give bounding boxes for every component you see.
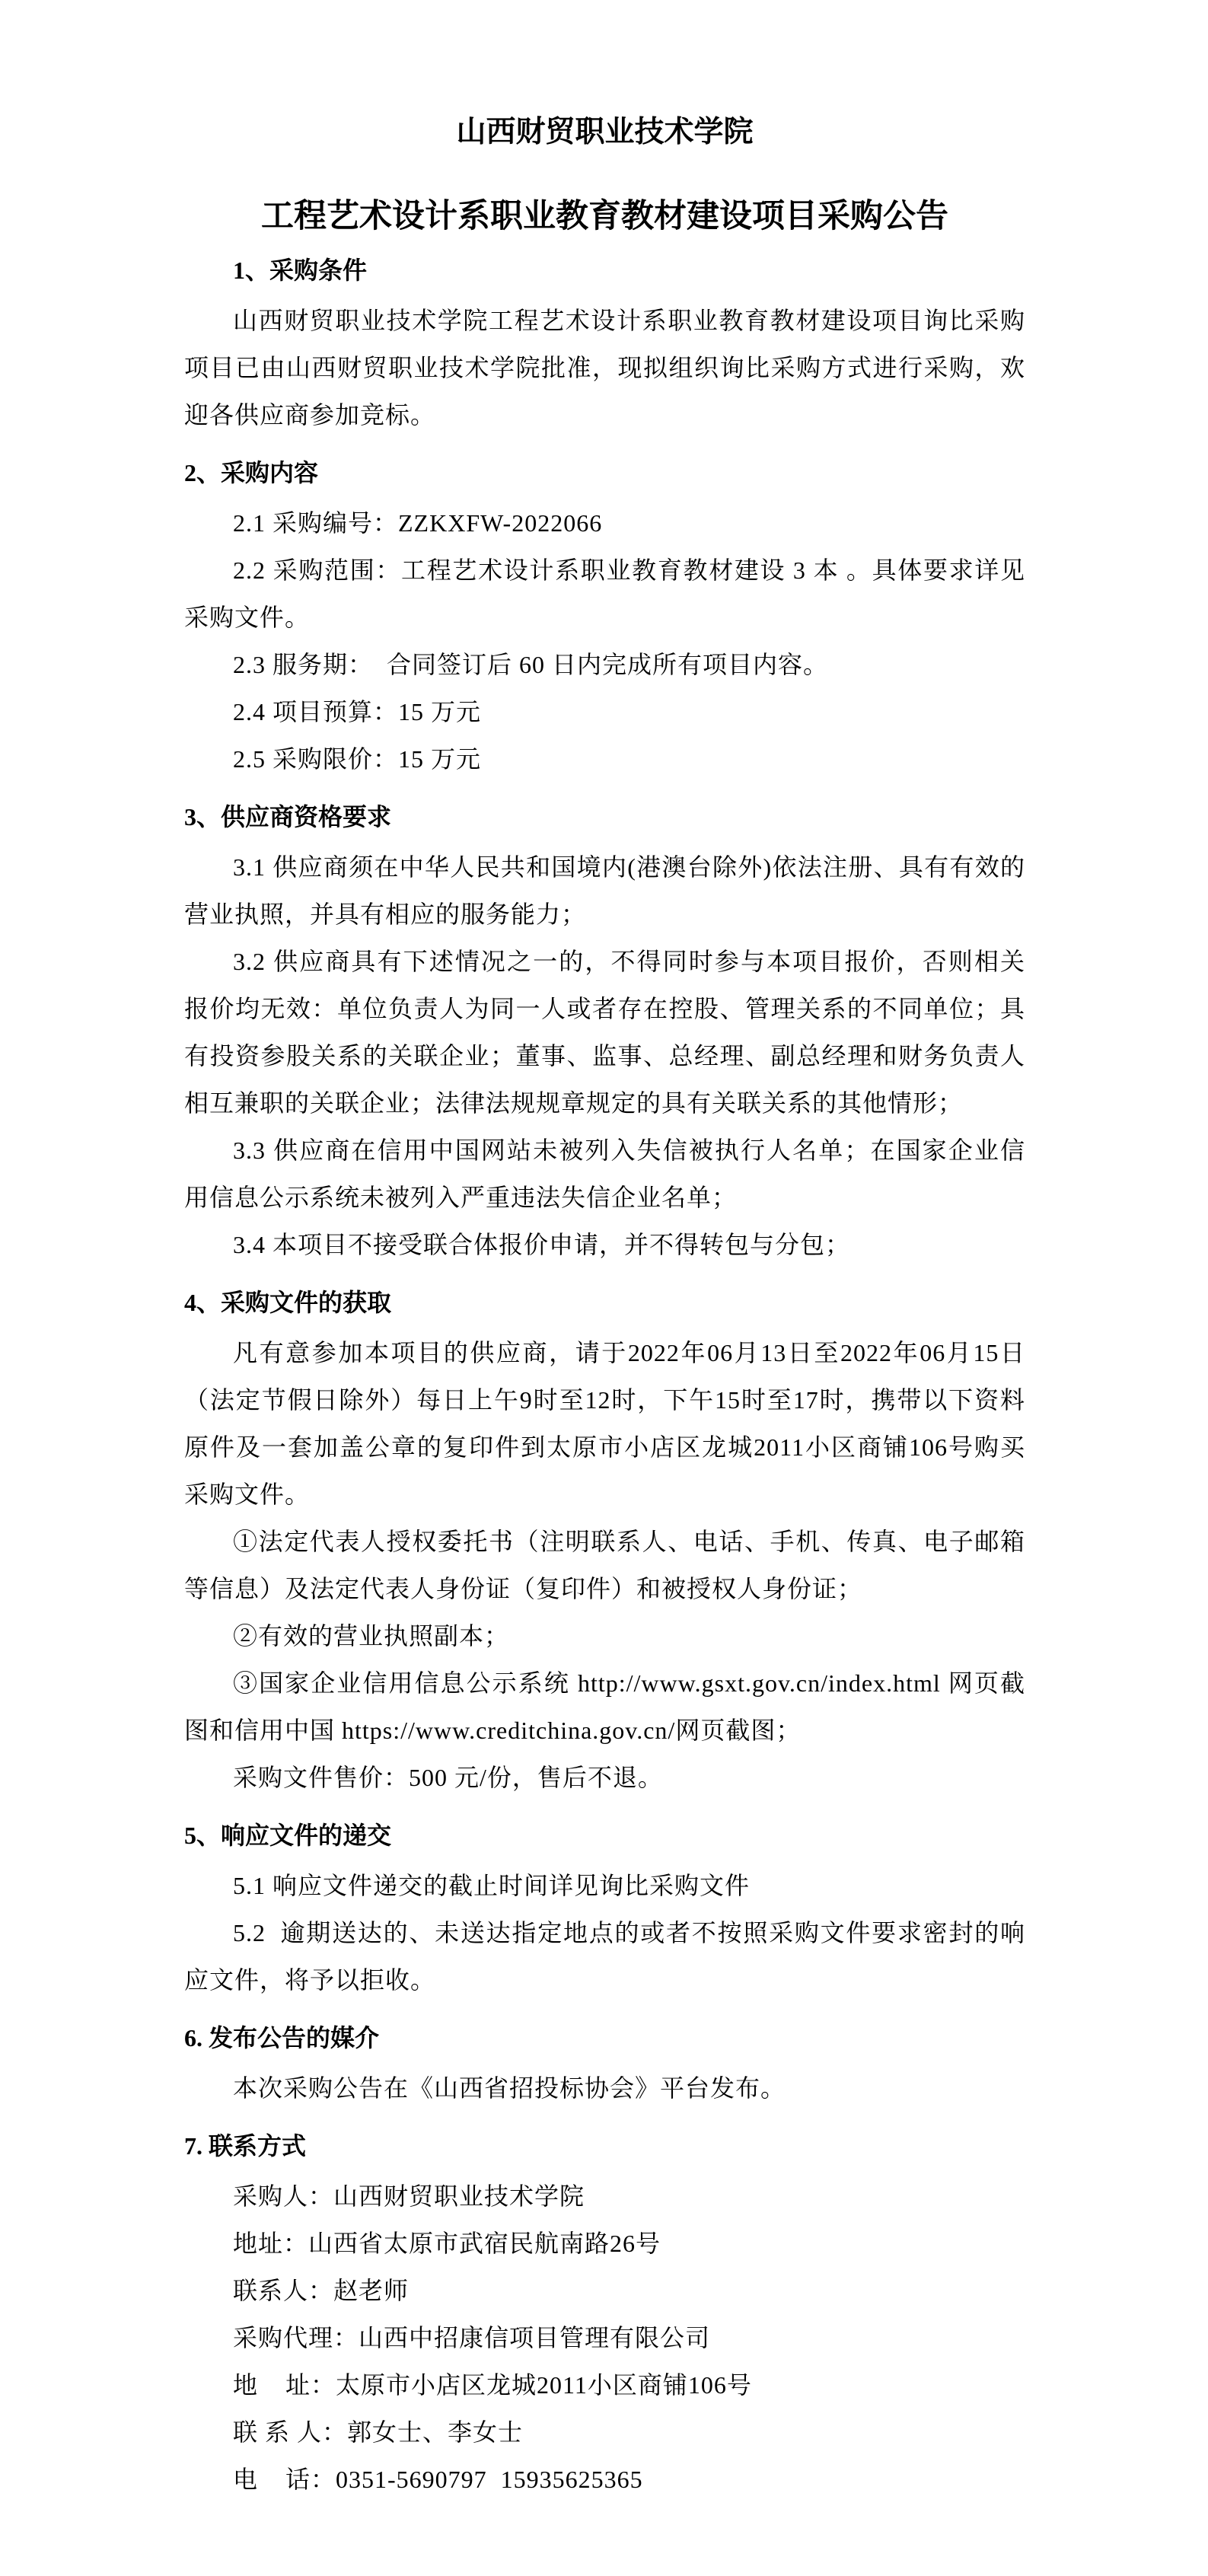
paragraph: 5.2 逾期送达的、未送达指定地点的或者不按照采购文件要求密封的响应文件，将予以… [184,1909,1025,2004]
section-response-submission: 5、响应文件的递交 5.1 响应文件递交的截止时间详见询比采购文件 5.2 逾期… [184,1812,1025,2004]
paragraph: 3.4 本项目不接受联合体报价申请，并不得转包与分包； [184,1221,1025,1268]
section-heading: 7. 联系方式 [184,2122,1025,2170]
section-heading: 1、采购条件 [184,247,1025,294]
paragraph: 本次采购公告在《山西省招投标协会》平台发布。 [184,2064,1025,2112]
paragraph: ②有效的营业执照副本； [184,1612,1025,1659]
paragraph: 山西财贸职业技术学院工程艺术设计系职业教育教材建设项目询比采购项目已由山西财贸职… [184,297,1025,438]
paragraph: 2.3 服务期： 合同签订后 60 日内完成所有项目内容。 [184,641,1025,688]
paragraph: 2.4 项目预算：15 万元 [184,688,1025,735]
section-announcement-media: 6. 发布公告的媒介 本次采购公告在《山西省招投标协会》平台发布。 [184,2014,1025,2112]
document-page: 山西财贸职业技术学院 工程艺术设计系职业教育教材建设项目采购公告 1、采购条件 … [0,0,1208,2576]
contact-purchaser-address: 地址：山西省太原市武宿民航南路26号 [184,2220,1025,2267]
section-supplier-qualifications: 3、供应商资格要求 3.1 供应商须在中华人民共和国境内(港澳台除外)依法注册、… [184,793,1025,1268]
contact-agent-address: 地 址：太原市小店区龙城2011小区商铺106号 [184,2361,1025,2409]
section-heading: 6. 发布公告的媒介 [184,2014,1025,2061]
section-heading: 3、供应商资格要求 [184,793,1025,840]
page-title: 山西财贸职业技术学院 [184,114,1025,151]
page-subtitle: 工程艺术设计系职业教育教材建设项目采购公告 [184,196,1025,236]
paragraph: 3.3 供应商在信用中国网站未被列入失信被执行人名单；在国家企业信用信息公示系统… [184,1127,1025,1221]
document-body: 1、采购条件 山西财贸职业技术学院工程艺术设计系职业教育教材建设项目询比采购项目… [184,247,1025,2503]
paragraph: 3.1 供应商须在中华人民共和国境内(港澳台除外)依法注册、具有有效的营业执照，… [184,843,1025,938]
paragraph: 3.2 供应商具有下述情况之一的，不得同时参与本项目报价，否则相关报价均无效：单… [184,938,1025,1127]
paragraph: ①法定代表人授权委托书（注明联系人、电话、手机、传真、电子邮箱等信息）及法定代表… [184,1518,1025,1612]
contact-agent: 采购代理：山西中招康信项目管理有限公司 [184,2314,1025,2361]
contact-phone: 电 话：0351-5690797 15935625365 [184,2456,1025,2503]
section-purchase-content: 2、采购内容 2.1 采购编号：ZZKXFW-2022066 2.2 采购范围：… [184,449,1025,783]
paragraph: ③国家企业信用信息公示系统 http://www.gsxt.gov.cn/ind… [184,1659,1025,1754]
contact-agent-persons: 联 系 人：郭女士、李女士 [184,2409,1025,2456]
section-contact-info: 7. 联系方式 采购人：山西财贸职业技术学院 地址：山西省太原市武宿民航南路26… [184,2122,1025,2503]
paragraph: 采购文件售价：500 元/份，售后不退。 [184,1754,1025,1801]
section-document-acquisition: 4、采购文件的获取 凡有意参加本项目的供应商，请于2022年06月13日至202… [184,1279,1025,1801]
contact-person: 联系人：赵老师 [184,2267,1025,2314]
section-heading: 5、响应文件的递交 [184,1812,1025,1859]
contact-purchaser: 采购人：山西财贸职业技术学院 [184,2173,1025,2220]
paragraph: 凡有意参加本项目的供应商，请于2022年06月13日至2022年06月15日（法… [184,1329,1025,1518]
paragraph: 2.2 采购范围：工程艺术设计系职业教育教材建设 3 本 。具体要求详见采购文件… [184,547,1025,641]
paragraph: 5.1 响应文件递交的截止时间详见询比采购文件 [184,1862,1025,1909]
paragraph: 2.5 采购限价：15 万元 [184,735,1025,783]
paragraph: 2.1 采购编号：ZZKXFW-2022066 [184,499,1025,547]
section-heading: 2、采购内容 [184,449,1025,496]
section-heading: 4、采购文件的获取 [184,1279,1025,1326]
section-purchase-conditions: 1、采购条件 山西财贸职业技术学院工程艺术设计系职业教育教材建设项目询比采购项目… [184,247,1025,438]
